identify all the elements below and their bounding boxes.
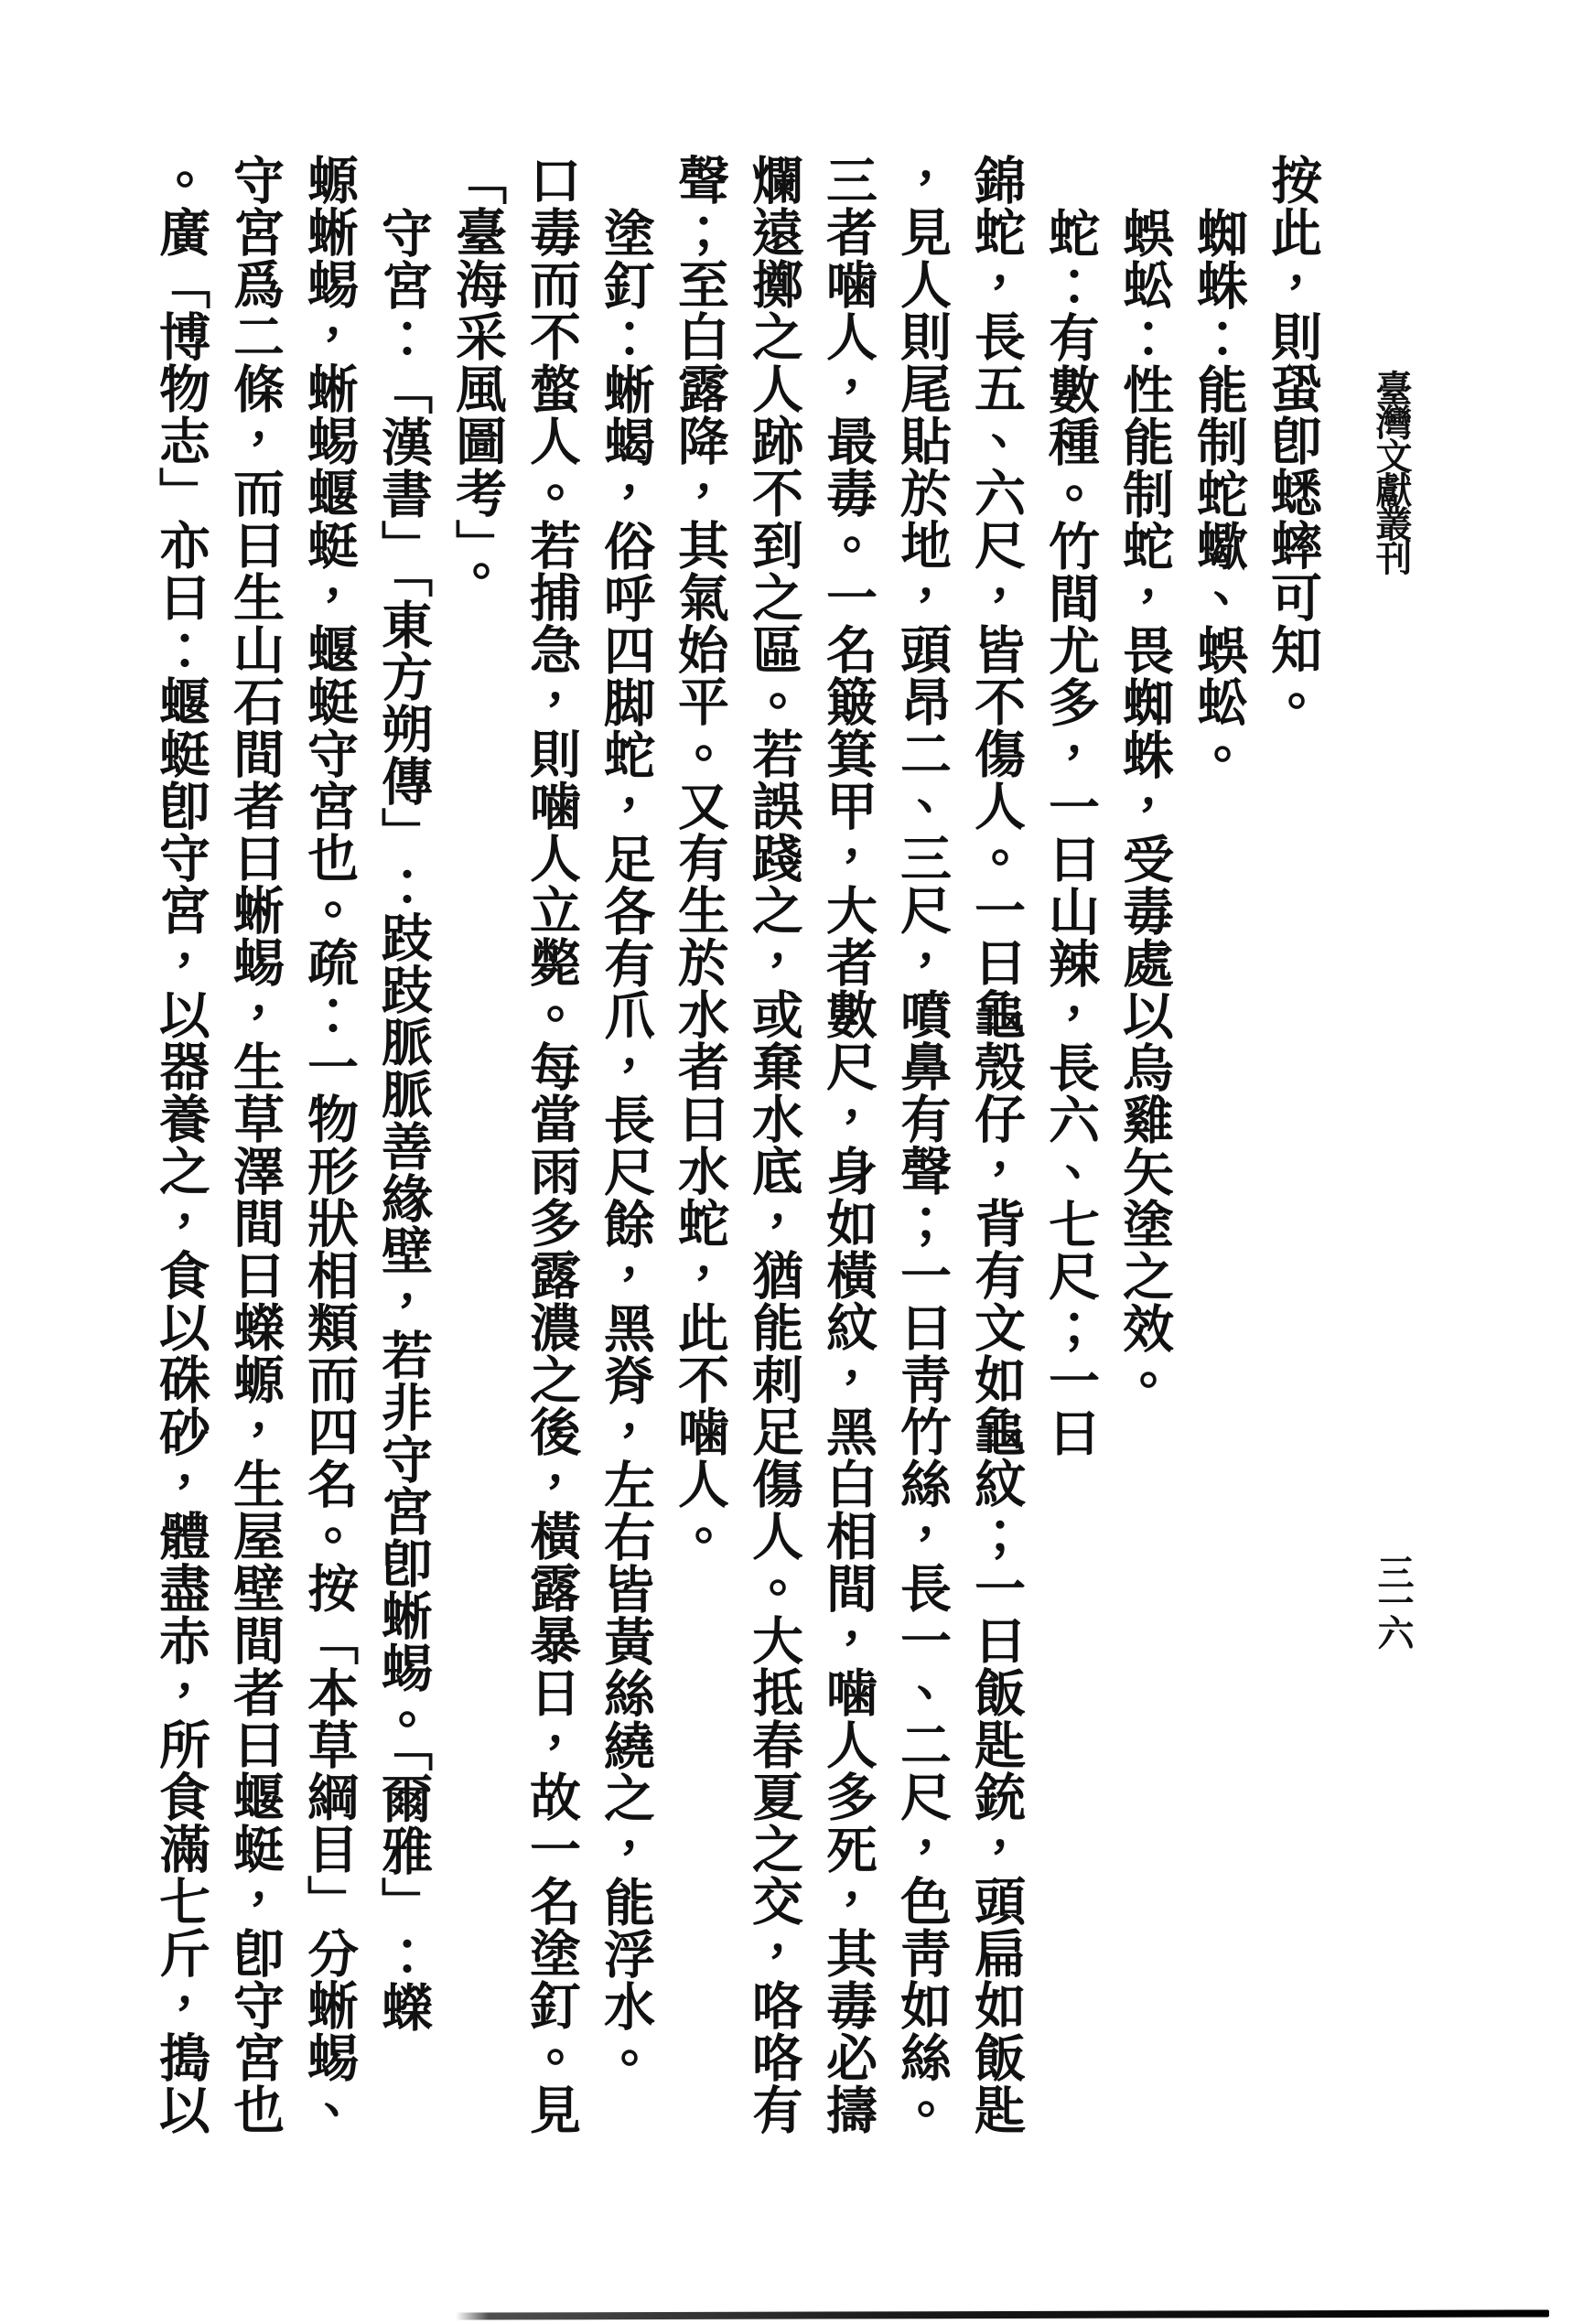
text-block: 按此，則蛩卽蟋蟀可知。 蜘蛛：能制蛇蠍、蜈蚣。 蜈蚣：性能制蛇，畏蜘蛛，受毒處以… bbox=[143, 154, 1329, 2167]
text-column-1: 按此，則蛩卽蟋蟀可知。 bbox=[1255, 154, 1329, 2153]
series-title: 臺灣文獻叢刊 bbox=[1365, 370, 1417, 573]
text-column-6: ，見人則尾貼於地，頭昂二、三尺，噴鼻有聲；一曰靑竹絲，長一、二尺，色靑如絲。 bbox=[884, 154, 958, 2153]
page-number: 三一六 bbox=[1367, 1554, 1419, 1644]
text-column-5: 錦蛇，長五、六尺，皆不傷人。一曰龜殼仔，背有文如龜紋；一曰飯匙銃，頭扁如飯匙 bbox=[958, 154, 1032, 2153]
book-page: 臺灣文獻叢刊 三一六 按此，則蛩卽蟋蟀可知。 蜘蛛：能制蛇蠍、蜈蚣。 蜈蚣：性能… bbox=[0, 0, 1583, 2324]
text-column-12: 「臺海采風圖考」。 bbox=[439, 154, 513, 2153]
text-column-8: 爛遠擲之人跡不到之區。若誤踐之，或棄水底，猶能刺足傷人。大抵春夏之交，咯咯有 bbox=[736, 154, 810, 2153]
text-column-10: 塗釘：蜥蝎，俗呼四脚蛇，足各有爪，長尺餘，黑脊，左右皆黃絲繞之，能浮水。 bbox=[587, 154, 662, 2153]
text-column-2: 蜘蛛：能制蛇蠍、蜈蚣。 bbox=[1180, 154, 1255, 2153]
text-column-16: 。廣「博物志」亦曰：蝘蜓卽守宮，以器養之，食以硃砂，體盡赤，所食滿七斤，搗以 bbox=[143, 154, 217, 2153]
text-column-4: 蛇：有數種。竹間尤多，一曰山辣，長六、七尺；一曰 bbox=[1032, 154, 1106, 2153]
text-column-14: 螈蜥蜴，蜥蜴蝘蜓，蝘蜓守宮也。疏：一物形狀相類而四名。按「本草綱目」分蜥蜴、 bbox=[291, 154, 365, 2153]
text-column-9: 聲；至白露降，其氣始平。又有生於水者曰水蛇，此不噛人。 bbox=[662, 154, 736, 2153]
text-column-3: 蜈蚣：性能制蛇，畏蜘蛛，受毒處以烏雞矢塗之效。 bbox=[1106, 154, 1180, 2153]
text-column-11: 口毒而不螫人。若捕急，則噛人立斃。每當雨多露濃之後，橫露暴日，故一名塗釘。見 bbox=[513, 154, 587, 2153]
scan-artifact-line bbox=[456, 2309, 1549, 2319]
text-column-13: 守宮：「漢書」「東方朔傳」：跂跂脈脈善緣壁，若非守宮卽蜥蜴。「爾雅」：蠑 bbox=[365, 154, 439, 2153]
text-column-7: 三者噛人，最毒。一名簸箕甲，大者數尺，身如橫紋，黑白相間，噛人多死，其毒必擣 bbox=[810, 154, 884, 2153]
text-column-15: 守宮爲二條，而曰生山石間者曰蜥蜴，生草澤間曰蠑螈，生屋壁間者曰蝘蜓，卽守宮也 bbox=[217, 154, 291, 2153]
